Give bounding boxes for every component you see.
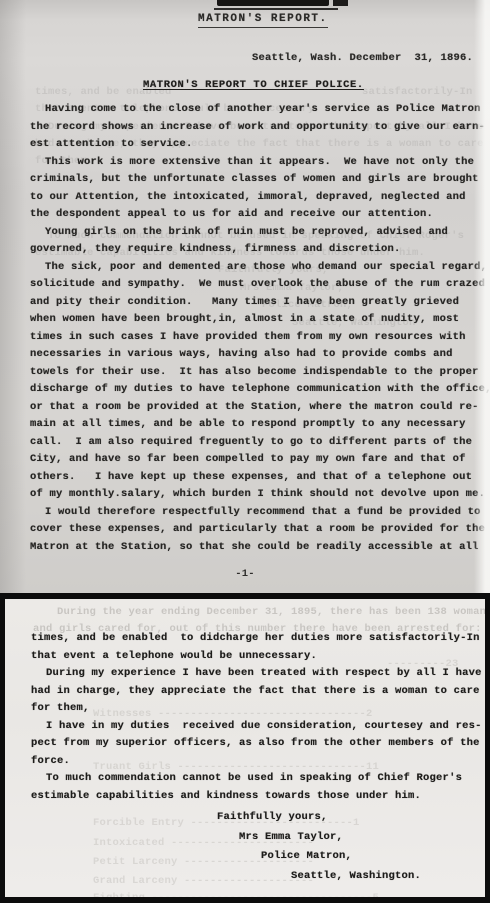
body-line: criminals, but the unfortunate classes o… <box>30 171 480 189</box>
body-line: or that a room be provided at the Statio… <box>30 399 480 417</box>
body-line: force. <box>31 753 479 771</box>
body-line: had in charge, they appreciate the fact … <box>31 683 479 701</box>
body-line: I would therefore respectfully recommend… <box>30 504 480 522</box>
body-line: others. I have kept up these expenses, a… <box>30 469 480 487</box>
body-line: Police Matron, <box>31 847 479 867</box>
dateline: Seattle, Wash. December 31, 1896. <box>252 50 473 68</box>
body-line: discharge of my duties to have telephone… <box>30 381 480 399</box>
page2-body: times, and be enabled to didcharge her d… <box>31 630 479 886</box>
page-2-frame: During the year ending December 31, 1895… <box>0 593 490 903</box>
body-line: times, and be enabled to didcharge her d… <box>31 630 479 648</box>
page-2-scan: During the year ending December 31, 1895… <box>5 599 485 897</box>
body-line: The sick, poor and demented are those wh… <box>30 259 480 277</box>
body-line: towels for their use. It has also become… <box>30 364 480 382</box>
body-line: Seattle, Washington. <box>31 867 479 887</box>
bleedthrough-line: During the year ending December 31, 1895… <box>57 604 485 622</box>
body-line: of my monthly.salary, which burden I thi… <box>30 486 480 504</box>
body-line: and pity their condition. Many times I h… <box>30 294 480 312</box>
report-title: MATRON'S REPORT. <box>198 13 328 28</box>
body-line: Having come to the close of another year… <box>30 101 480 119</box>
body-line: To much commendation cannot be used in s… <box>31 770 479 788</box>
page1-body: Having come to the close of another year… <box>30 101 480 556</box>
body-line: I have in my duties received due conside… <box>31 718 479 736</box>
body-line: main at all times, and be able to respon… <box>30 416 480 434</box>
page-number: -1- <box>0 568 490 580</box>
body-line: governed, they require kindness, firmnes… <box>30 241 480 259</box>
cutoff-underline <box>214 8 338 10</box>
cutoff-text-bar-small <box>333 0 348 6</box>
body-line: the record shows an increase of work and… <box>30 119 480 137</box>
body-line: Young girls on the brink of ruin must be… <box>30 224 480 242</box>
bleedthrough-line: Fighting -------------------------------… <box>93 890 379 897</box>
body-line: call. I am also required freguently to g… <box>30 434 480 452</box>
body-line: solicitude and sympathy. We must overloo… <box>30 276 480 294</box>
body-line: for them, <box>31 700 479 718</box>
body-line: This work is more extensive than it appe… <box>30 154 480 172</box>
body-line: City, and have so far been compelled to … <box>30 451 480 469</box>
body-line: During my experience I have been treated… <box>31 665 479 683</box>
body-line: the despondent appeal to us for aid and … <box>30 206 480 224</box>
body-line: necessaries in various ways, having also… <box>30 346 480 364</box>
bleedthrough-line: satisfactorily-In <box>362 84 473 102</box>
body-line: that event a telephone would be unnecess… <box>31 648 479 666</box>
body-line: estimable capabilities and kindness towa… <box>31 788 479 806</box>
body-line: est attention to service. <box>30 136 480 154</box>
body-line: times in such cases I have provided them… <box>30 329 480 347</box>
body-line: to our Attention, the intoxicated, immor… <box>30 189 480 207</box>
cutoff-header-fragment <box>0 0 490 12</box>
body-line: Mrs Emma Taylor, <box>31 828 479 848</box>
body-line: cover these expenses, and particularly t… <box>30 521 480 539</box>
body-line: pect from my superior officers, as also … <box>31 735 479 753</box>
report-heading: MATRON'S REPORT TO CHIEF POLICE. <box>143 79 364 91</box>
body-line: Matron at the Station, so that she could… <box>30 539 480 557</box>
body-line: Faithfully yours, <box>31 808 479 828</box>
page-1-scan: times, and be enabledsatisfactorily-Inth… <box>0 0 490 593</box>
body-line: when women have been brought,in, almost … <box>30 311 480 329</box>
cutoff-text-bar <box>217 0 329 6</box>
